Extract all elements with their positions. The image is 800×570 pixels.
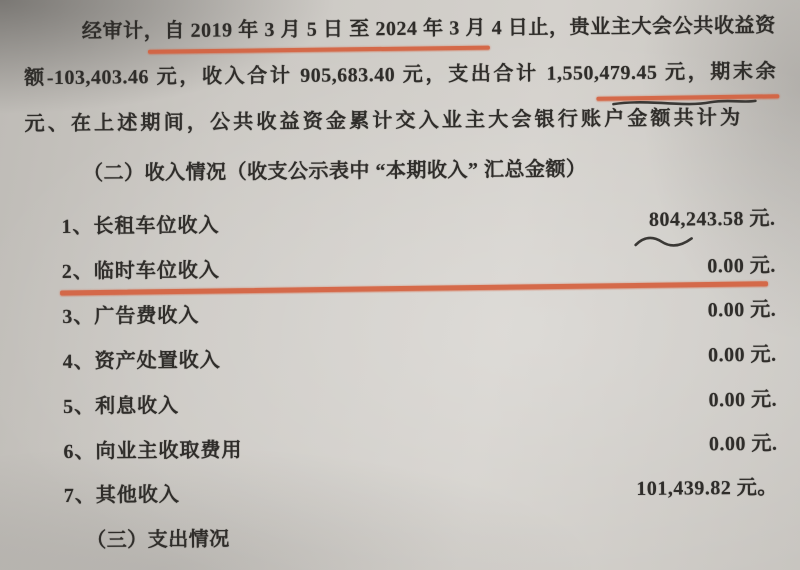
pen-squiggle-parking-income	[636, 238, 692, 246]
paragraph-line-2: 额-103,403.46 元，收入合计 905,683.40 元，支出合计 1,…	[24, 58, 776, 95]
row-value: 101,439.82 元。	[636, 475, 778, 502]
section-heading-income: （二）收入情况（收支公示表中 “本期收入” 汇总金额）	[83, 155, 587, 187]
income-row: 6、向业主收取费用 0.00 元.	[0, 0, 797, 4]
income-row: 3、广告费收入 0.00 元.	[0, 0, 797, 4]
row-value: 0.00 元.	[708, 297, 777, 324]
income-row: 4、资产处置收入 0.00 元.	[0, 0, 797, 4]
marker-underline-date-range	[148, 46, 490, 54]
document-content: 经审计，自 2019 年 3 月 5 日 至 2024 年 3 月 4 日止，贵…	[0, 0, 800, 570]
row-label: 5、利息收入	[63, 393, 179, 420]
row-label: 4、资产处置收入	[63, 348, 221, 375]
income-row: 2、临时车位收入 0.00 元.	[0, 0, 797, 4]
income-row: 7、其他收入 101,439.82 元。	[0, 0, 797, 4]
section-heading-expense: （三）支出情况	[86, 525, 230, 554]
row-label: 7、其他收入	[64, 482, 180, 509]
row-value: 804,243.58 元.	[649, 206, 776, 233]
income-row: 5、利息收入 0.00 元.	[0, 0, 797, 4]
row-value: 0.00 元.	[708, 387, 777, 414]
row-label: 1、长租车位收入	[61, 213, 219, 240]
document-photo: 经审计，自 2019 年 3 月 5 日 至 2024 年 3 月 4 日止，贵…	[0, 0, 800, 570]
row-label: 3、广告费收入	[62, 303, 199, 330]
row-label: 2、临时车位收入	[62, 258, 220, 285]
paragraph-line-3: 元、在上述期间，公共收益资金累计交入业主大会银行账户金额共计为 15,141.9…	[24, 104, 740, 140]
row-label: 6、向业主收取费用	[63, 437, 242, 465]
row-value: 0.00 元.	[709, 431, 778, 458]
row-value: 0.00 元.	[708, 342, 777, 369]
income-row: 1、长租车位收入 804,243.58 元.	[0, 0, 797, 4]
paragraph-line-1: 经审计，自 2019 年 3 月 5 日 至 2024 年 3 月 4 日止，贵…	[82, 12, 776, 48]
marker-underline-ending-balance	[596, 94, 779, 101]
row-value: 0.00 元.	[707, 253, 776, 280]
